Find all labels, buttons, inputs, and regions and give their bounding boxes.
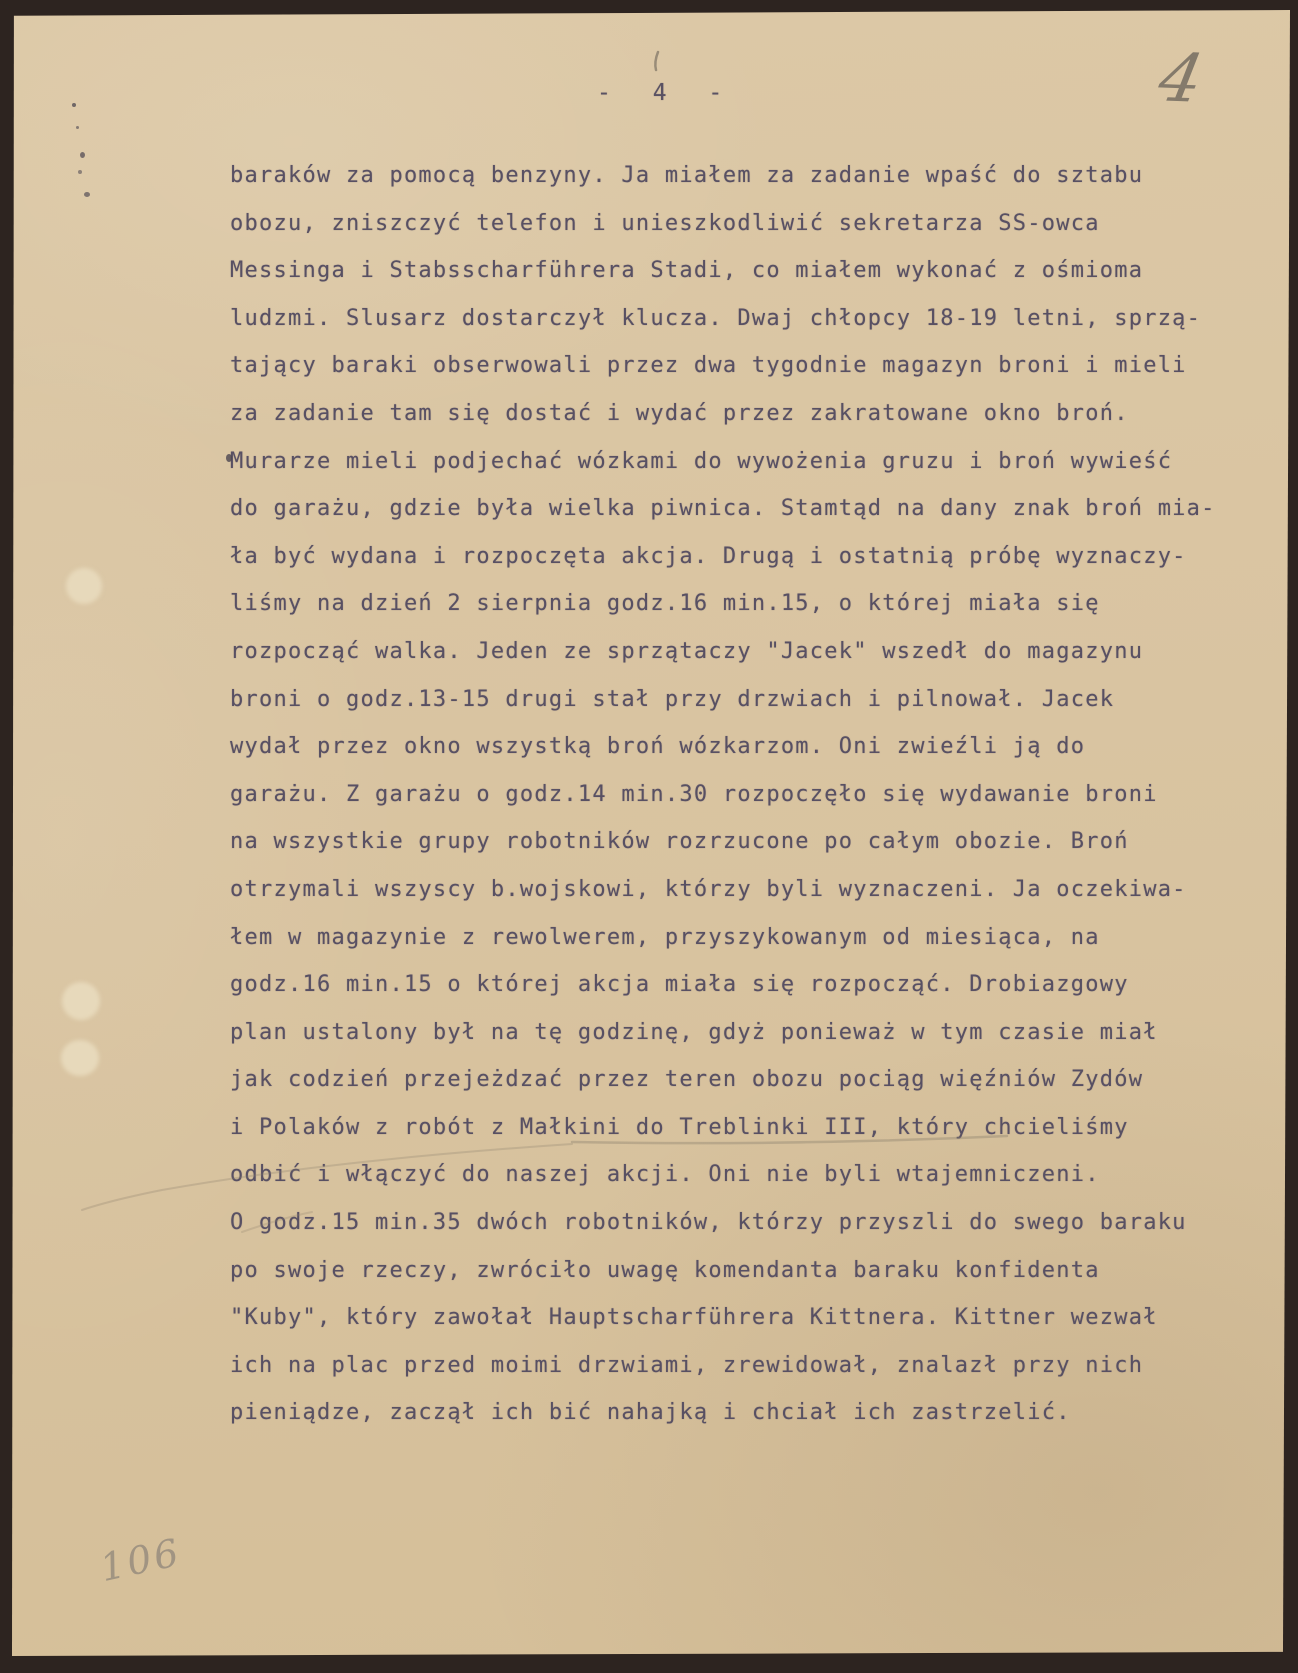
paper-hole xyxy=(61,1040,99,1076)
text-line: do garażu, gdzie była wielka piwnica. St… xyxy=(230,485,1240,533)
scan-background: - 4 - 4 baraków za pomocą benzyny. Ja mi… xyxy=(0,0,1298,1673)
ink-speck xyxy=(78,170,82,174)
ink-speck xyxy=(226,454,232,462)
typed-page-number: - 4 - xyxy=(597,80,736,106)
text-line: Messinga i Stabsscharführera Stadi, co m… xyxy=(230,247,1240,295)
text-line: plan ustalony był na tę godzinę, gdyż po… xyxy=(230,1009,1240,1057)
text-line: O godz.15 min.35 dwóch robotników, którz… xyxy=(230,1199,1240,1247)
text-line: godz.16 min.15 o której akcja miała się … xyxy=(230,961,1240,1009)
text-line: broni o godz.13-15 drugi stał przy drzwi… xyxy=(230,676,1240,724)
archival-page-number: 106 xyxy=(96,1530,185,1590)
text-line: ludzmi. Slusarz dostarczył klucza. Dwaj … xyxy=(230,295,1240,343)
text-line: łem w magazynie z rewolwerem, przyszykow… xyxy=(230,914,1240,962)
ink-speck xyxy=(84,192,90,197)
ink-speck xyxy=(72,103,76,107)
text-line: wydał przez okno wszystką broń wózkarzom… xyxy=(230,723,1240,771)
text-line: i Polaków z robót z Małkini do Treblinki… xyxy=(230,1104,1240,1152)
text-line: garażu. Z garażu o godz.14 min.30 rozpoc… xyxy=(230,771,1240,819)
text-line: obozu, zniszczyć telefon i unieszkodliwi… xyxy=(230,200,1240,248)
text-line: odbić i włączyć do naszej akcji. Oni nie… xyxy=(230,1151,1240,1199)
text-line: tający baraki obserwowali przez dwa tygo… xyxy=(230,342,1240,390)
ink-speck xyxy=(76,126,79,129)
paper-hole xyxy=(66,568,102,604)
text-line: na wszystkie grupy robotników rozrzucone… xyxy=(230,818,1240,866)
text-line: otrzymali wszyscy b.wojskowi, którzy byl… xyxy=(230,866,1240,914)
text-line: ła być wydana i rozpoczęta akcja. Drugą … xyxy=(230,533,1240,581)
text-line: rozpocząć walka. Jeden ze sprzątaczy "Ja… xyxy=(230,628,1240,676)
text-line: baraków za pomocą benzyny. Ja miałem za … xyxy=(230,152,1240,200)
text-line: pieniądze, zaczął ich bić nahajką i chci… xyxy=(230,1389,1240,1437)
text-line: za zadanie tam się dostać i wydać przez … xyxy=(230,390,1240,438)
text-line: jak codzień przejeżdzać przez teren oboz… xyxy=(230,1056,1240,1104)
text-line: Murarze mieli podjechać wózkami do wywoż… xyxy=(230,438,1240,486)
document-page: - 4 - 4 baraków za pomocą benzyny. Ja mi… xyxy=(12,10,1290,1656)
typewritten-text: baraków za pomocą benzyny. Ja miałem za … xyxy=(230,152,1240,1437)
text-line: liśmy na dzień 2 sierpnia godz.16 min.15… xyxy=(230,580,1240,628)
text-line: "Kuby", który zawołał Hauptscharführera … xyxy=(230,1294,1240,1342)
ink-speck xyxy=(80,152,85,158)
handwritten-page-number: 4 xyxy=(1153,39,1210,117)
paper-hole xyxy=(62,982,100,1020)
text-line: po swoje rzeczy, zwróciło uwagę komendan… xyxy=(230,1247,1240,1295)
text-line: ich na plac przed moimi drzwiami, zrewid… xyxy=(230,1342,1240,1390)
